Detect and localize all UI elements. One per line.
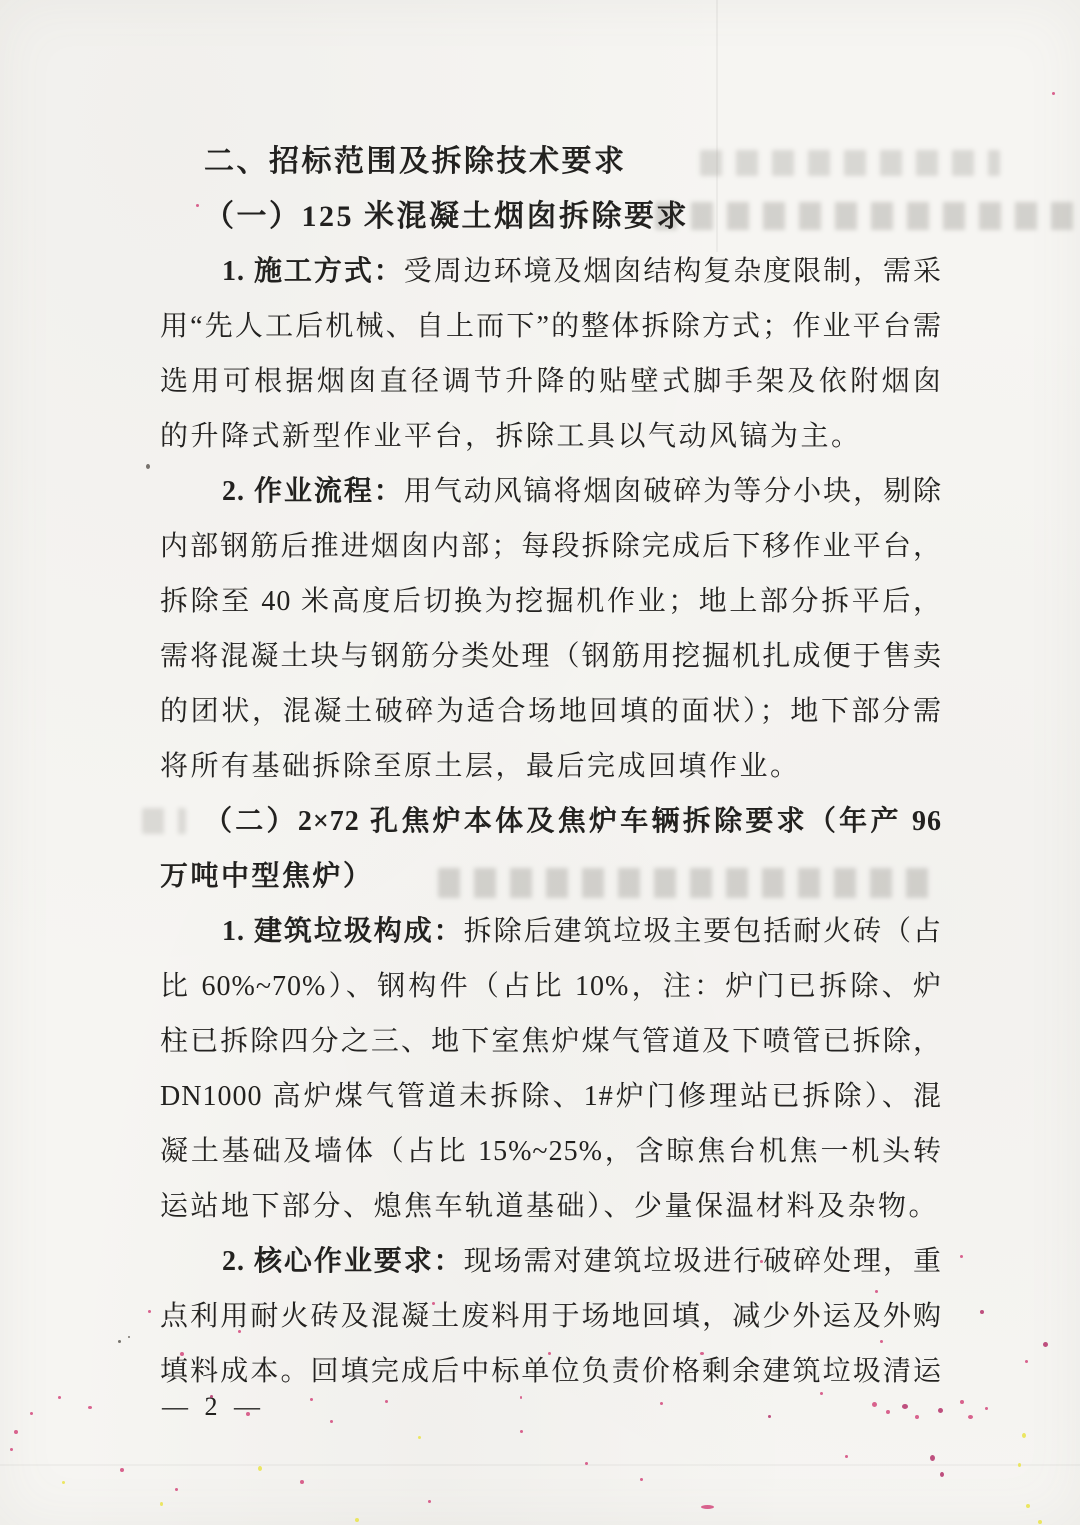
- text-line: DN1000 高炉煤气管道未拆除、1#炉门修理站已拆除）、混: [160, 1069, 942, 1124]
- scan-speckle: [428, 1500, 431, 1503]
- text-run: 受周边环境及烟囱结构复杂度限制，需采: [404, 256, 942, 287]
- scan-speckle: [118, 1340, 121, 1343]
- text-run: 选用可根据烟囱直径调节升降的贴壁式脚手架及依附烟囱: [160, 366, 942, 397]
- scan-speckle: [960, 1400, 964, 1404]
- scan-speckle: [175, 1488, 178, 1491]
- scan-speckle: [768, 1415, 771, 1418]
- text-run: 1. 建筑垃圾构成：: [222, 916, 464, 947]
- scan-speckle: [980, 1310, 984, 1314]
- scan-speckle: [845, 1455, 848, 1458]
- scan-speckle: [585, 1462, 588, 1465]
- text-run: 的升降式新型作业平台，拆除工具以气动风镐为主。: [160, 421, 862, 452]
- text-run: 2. 核心作业要求：: [222, 1246, 464, 1277]
- text-line: 内部钢筋后推进烟囱内部；每段拆除完成后下移作业平台，: [160, 519, 942, 574]
- text-run: 需将混凝土块与钢筋分类处理（钢筋用挖掘机扎成便于售卖: [160, 641, 942, 672]
- text-run: 柱已拆除四分之三、地下室焦炉煤气管道及下喷管已拆除，: [160, 1026, 942, 1057]
- scan-speckle: [330, 1420, 333, 1423]
- scan-speckle: [930, 1455, 935, 1461]
- scan-speckle: [940, 1472, 944, 1477]
- scan-speckle: [30, 1412, 33, 1415]
- scan-speckle: [10, 1448, 13, 1451]
- text-line: 选用可根据烟囱直径调节升降的贴壁式脚手架及依附烟囱: [160, 354, 942, 409]
- text-line: （二）2×72 孔焦炉本体及焦炉车辆拆除要求（年产 96: [160, 794, 942, 849]
- text-line: 用“先人工后机械、自上而下”的整体拆除方式；作业平台需: [160, 299, 942, 354]
- text-run: 填料成本。回填完成后中标单位负责价格剩余建筑垃圾清运: [160, 1356, 942, 1387]
- text-line: 万吨中型焦炉）: [160, 849, 942, 904]
- scan-speckle: [1022, 1433, 1026, 1438]
- scanned-document-page: 二、招标范围及拆除技术要求（一）125 米混凝土烟囱拆除要求1. 施工方式：受周…: [0, 0, 1080, 1525]
- text-run: 凝土基础及墙体（占比 15%~25%，含晾焦台机焦一机头转: [160, 1136, 942, 1167]
- text-run: （二）2×72 孔焦炉本体及焦炉车辆拆除要求（年产 96: [204, 806, 942, 837]
- page-number: — 2 —: [162, 1392, 265, 1422]
- text-line: 凝土基础及墙体（占比 15%~25%，含晾焦台机焦一机头转: [160, 1124, 942, 1179]
- scan-speckle: [902, 1404, 908, 1409]
- scan-speckle: [1025, 1360, 1028, 1363]
- scan-speckle: [62, 1481, 65, 1484]
- scan-speckle: [960, 1255, 963, 1258]
- text-run: 的团状，混凝土破碎为适合场地回填的面状）；地下部分需: [160, 696, 942, 727]
- text-line: 运站地下部分、熄焦车轨道基础）、少量保温材料及杂物。: [160, 1179, 942, 1234]
- scan-speckle: [418, 1436, 421, 1439]
- scanner-streak-horizontal: [0, 1464, 1080, 1466]
- scan-speckle: [985, 1407, 988, 1410]
- text-run: 将所有基础拆除至原土层，最后完成回填作业。: [160, 751, 801, 782]
- scan-speckle: [1038, 1520, 1042, 1524]
- scan-speckle: [872, 1402, 877, 1407]
- text-line: 的团状，混凝土破碎为适合场地回填的面状）；地下部分需: [160, 684, 942, 739]
- scan-speckle: [14, 1430, 18, 1434]
- scan-speckle: [1052, 92, 1055, 95]
- scan-speckle: [640, 1478, 643, 1481]
- text-line: 2. 核心作业要求：现场需对建筑垃圾进行破碎处理，重: [160, 1234, 942, 1289]
- text-line: 将所有基础拆除至原土层，最后完成回填作业。: [160, 739, 942, 794]
- scan-speckle: [1026, 1504, 1030, 1508]
- text-run: 用“先人工后机械、自上而下”的整体拆除方式；作业平台需: [160, 311, 942, 342]
- scan-speckle: [160, 1502, 163, 1506]
- scan-speckle: [968, 1415, 973, 1419]
- scan-speckle: [120, 1468, 124, 1472]
- text-run: 内部钢筋后推进烟囱内部；每段拆除完成后下移作业平台，: [160, 531, 942, 562]
- document-body: 二、招标范围及拆除技术要求（一）125 米混凝土烟囱拆除要求1. 施工方式：受周…: [160, 134, 942, 1399]
- scan-speckle: [58, 1396, 61, 1399]
- text-line: 二、招标范围及拆除技术要求: [160, 134, 942, 189]
- scan-speckle: [128, 1336, 130, 1338]
- text-line: 1. 建筑垃圾构成：拆除后建筑垃圾主要包括耐火砖（占: [160, 904, 942, 959]
- text-run: 点利用耐火砖及混凝土废料用于场地回填，减少外运及外购: [160, 1301, 942, 1332]
- text-line: （一）125 米混凝土烟囱拆除要求: [160, 189, 942, 244]
- text-line: 拆除至 40 米高度后切换为挖掘机作业；地上部分拆平后，: [160, 574, 942, 629]
- text-run: DN1000 高炉煤气管道未拆除、1#炉门修理站已拆除）、混: [160, 1081, 942, 1112]
- text-run: 1. 施工方式：: [222, 256, 404, 287]
- scan-speckle: [1043, 1342, 1048, 1347]
- scan-speckle: [915, 1415, 919, 1419]
- text-line: 柱已拆除四分之三、地下室焦炉煤气管道及下喷管已拆除，: [160, 1014, 942, 1069]
- scan-speckle: [146, 464, 150, 469]
- text-line: 2. 作业流程：用气动风镐将烟囱破碎为等分小块，剔除: [160, 464, 942, 519]
- scan-speckle: [148, 1310, 151, 1313]
- text-run: 万吨中型焦炉）: [160, 861, 374, 892]
- text-run: 2. 作业流程：: [222, 476, 404, 507]
- text-run: （一）125 米混凝土烟囱拆除要求: [204, 200, 689, 233]
- text-line: 比 60%~70%）、钢构件（占比 10%，注：炉门已拆除、炉: [160, 959, 942, 1014]
- text-run: 拆除后建筑垃圾主要包括耐火砖（占: [464, 916, 942, 947]
- text-run: 现场需对建筑垃圾进行破碎处理，重: [464, 1246, 942, 1277]
- text-line: 的升降式新型作业平台，拆除工具以气动风镐为主。: [160, 409, 942, 464]
- text-run: 运站地下部分、熄焦车轨道基础）、少量保温材料及杂物。: [160, 1191, 939, 1222]
- text-run: 用气动风镐将烟囱破碎为等分小块，剔除: [404, 476, 942, 507]
- scan-speckle: [660, 1402, 663, 1405]
- scan-speckle: [938, 1408, 943, 1413]
- text-line: 填料成本。回填完成后中标单位负责价格剩余建筑垃圾清运: [160, 1344, 942, 1399]
- text-run: 比 60%~70%）、钢构件（占比 10%，注：炉门已拆除、炉: [160, 971, 942, 1002]
- scan-speckle: [258, 1466, 262, 1471]
- scan-speckle: [385, 1400, 388, 1403]
- scan-speckle: [886, 1410, 890, 1414]
- scan-speckle: [355, 1518, 359, 1522]
- text-line: 需将混凝土块与钢筋分类处理（钢筋用挖掘机扎成便于售卖: [160, 629, 942, 684]
- text-run: 二、招标范围及拆除技术要求: [204, 145, 627, 178]
- scan-speckle: [701, 1505, 714, 1509]
- text-line: 1. 施工方式：受周边环境及烟囱结构复杂度限制，需采: [160, 244, 942, 299]
- scan-speckle: [520, 1430, 523, 1433]
- scan-speckle: [300, 1480, 304, 1484]
- scan-speckle: [88, 1406, 92, 1409]
- text-line: 点利用耐火砖及混凝土废料用于场地回填，减少外运及外购: [160, 1289, 942, 1344]
- text-run: 拆除至 40 米高度后切换为挖掘机作业；地上部分拆平后，: [160, 586, 942, 617]
- scan-speckle: [1018, 1463, 1021, 1467]
